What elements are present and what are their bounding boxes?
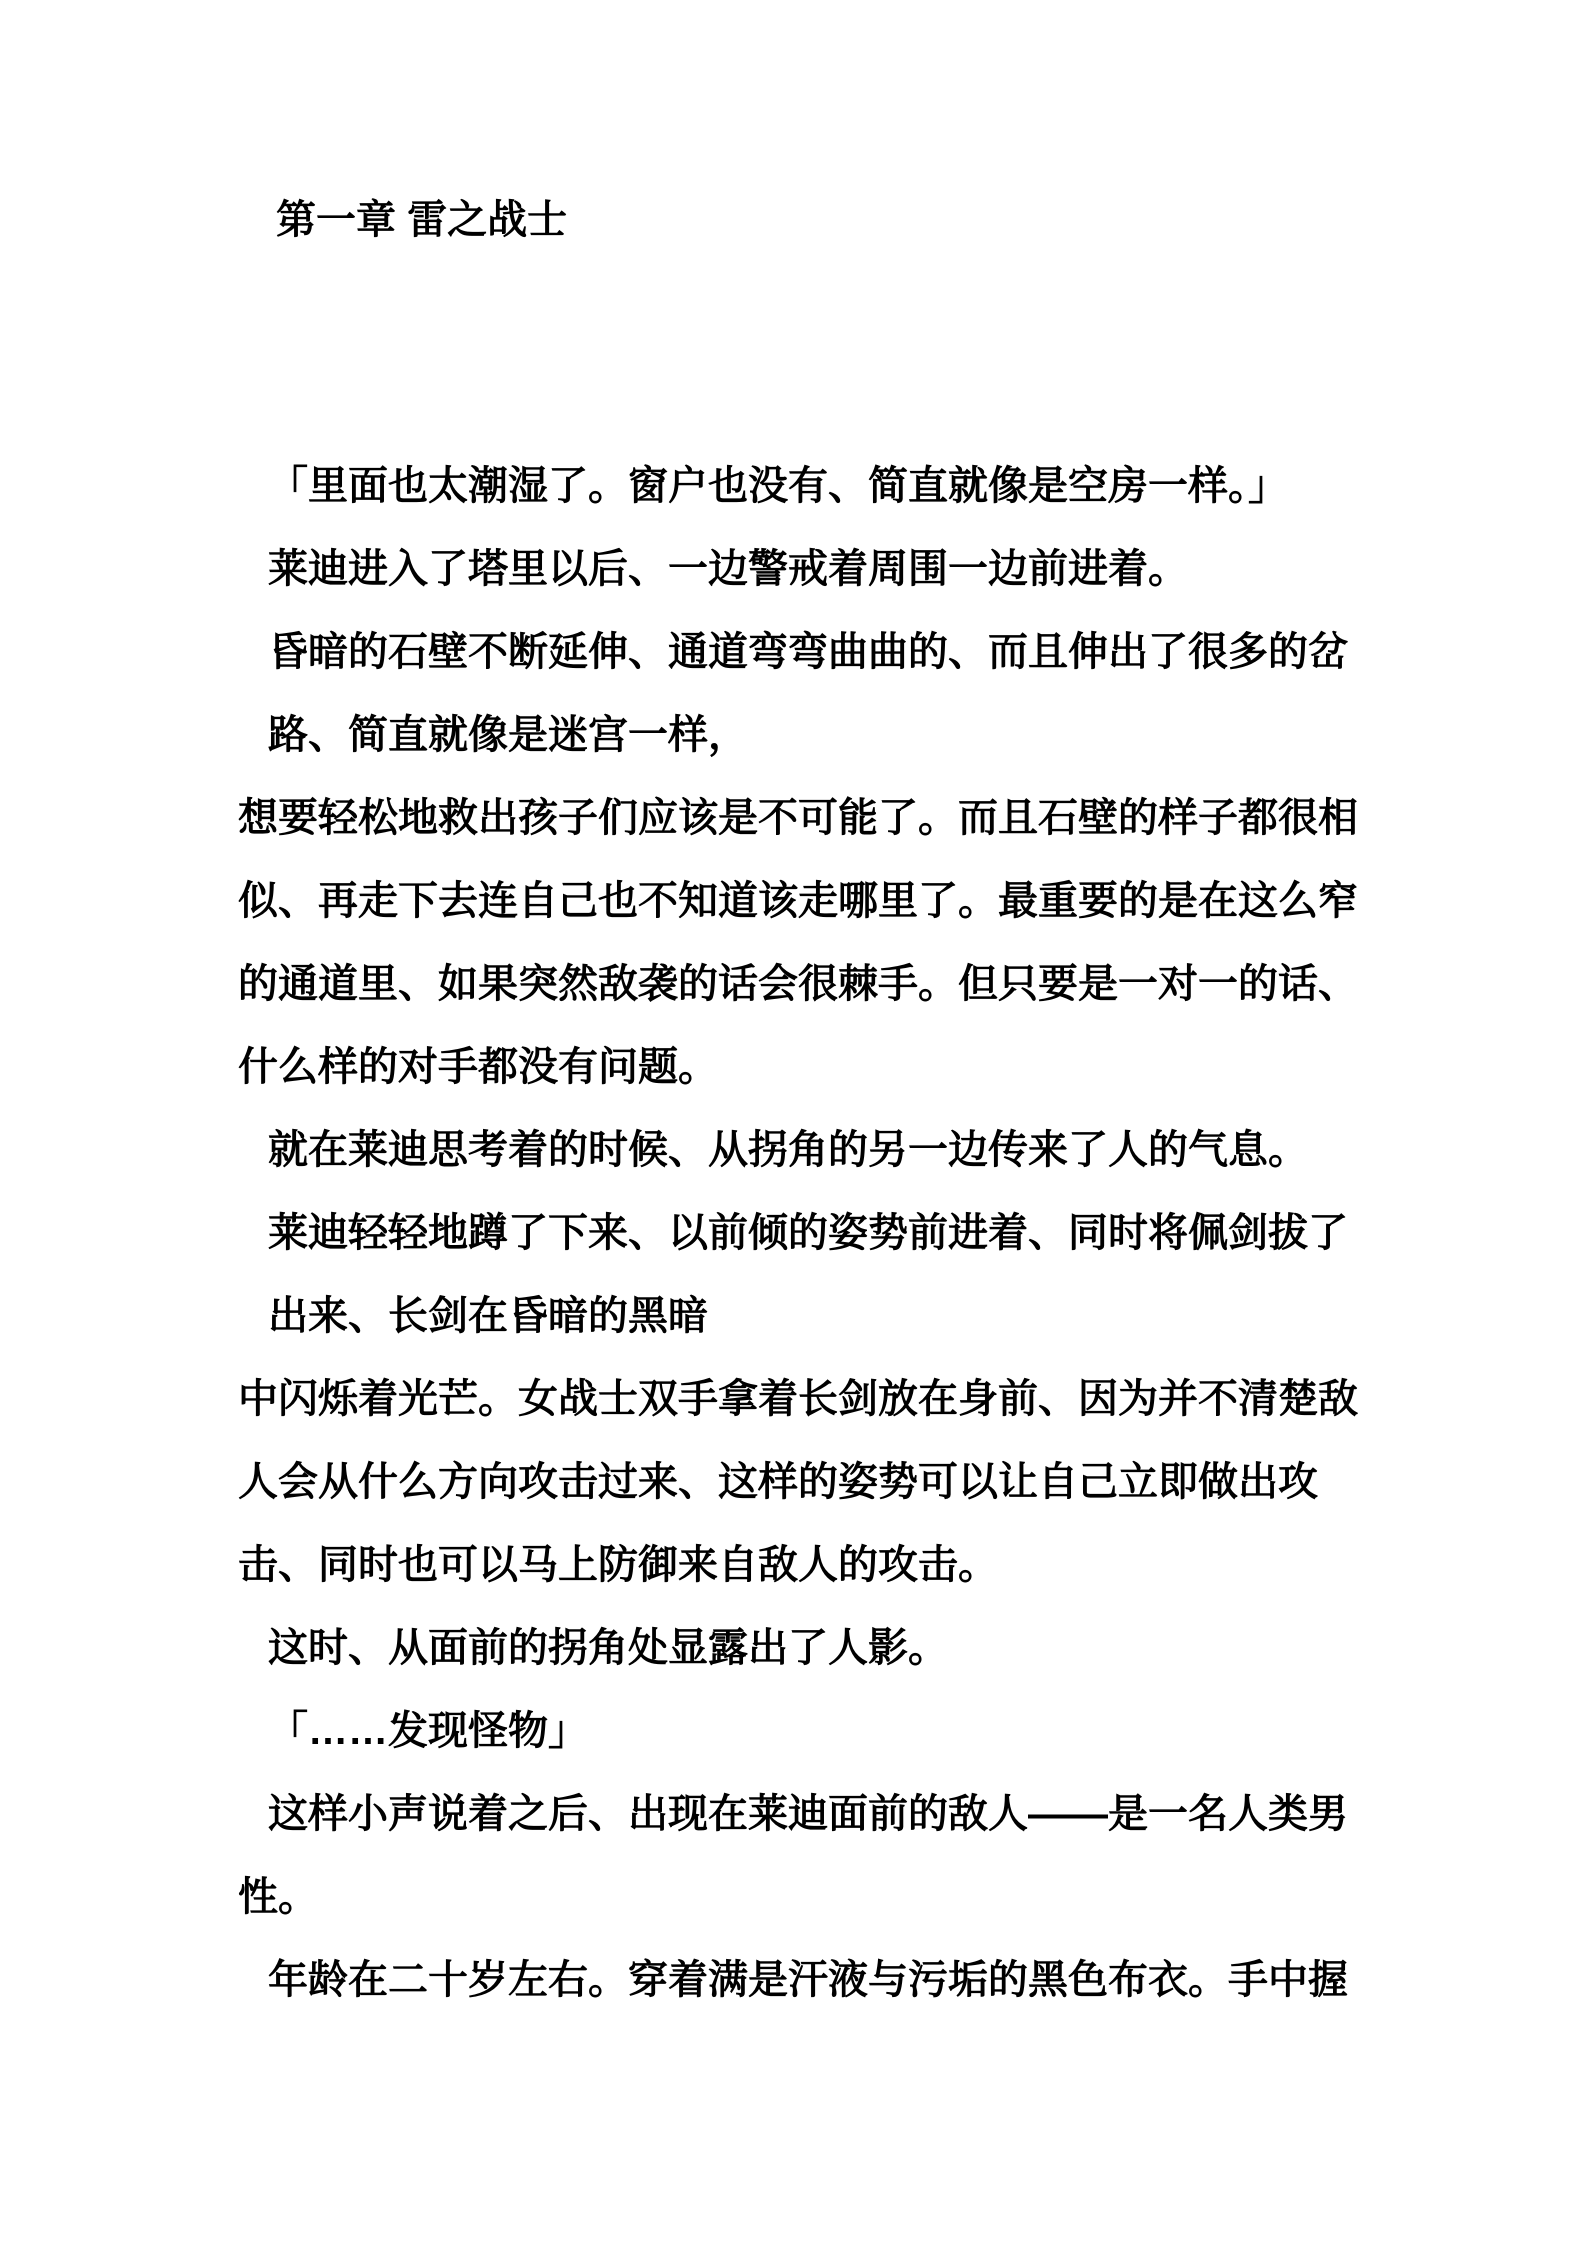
text-line: 莱迪轻轻地蹲了下来、以前倾的姿势前进着、同时将佩剑拔了: [238, 1192, 1478, 1275]
text-line: 击、同时也可以马上防御来自敌人的攻击。: [238, 1524, 1478, 1607]
text-line: 似、再走下去连自己也不知道该走哪里了。最重要的是在这么窄: [238, 860, 1478, 943]
text-line: 人会从什么方向攻击过来、这样的姿势可以让自己立即做出攻: [238, 1441, 1478, 1524]
text-line: 「……发现怪物」: [238, 1690, 1478, 1773]
text-line: 路、简直就像是迷宫一样，: [238, 694, 1478, 777]
text-line: 性。: [238, 1856, 1478, 1939]
chapter-title: 第一章 雷之战士: [276, 196, 567, 244]
text-line: 这时、从面前的拐角处显露出了人影。: [238, 1607, 1478, 1690]
text-line: 的通道里、如果突然敌袭的话会很棘手。但只要是一对一的话、: [238, 943, 1478, 1026]
text-line: 「里面也太潮湿了。窗户也没有、简直就像是空房一样。」: [238, 445, 1478, 528]
text-line: 出来、长剑在昏暗的黑暗: [238, 1275, 1478, 1358]
text-line: 这样小声说着之后、出现在莱迪面前的敌人——是一名人类男: [238, 1773, 1478, 1856]
text-line: 就在莱迪思考着的时候、从拐角的另一边传来了人的气息。: [238, 1109, 1478, 1192]
text-body: 「里面也太潮湿了。窗户也没有、简直就像是空房一样。」莱迪进入了塔里以后、一边警戒…: [238, 445, 1478, 2022]
text-line: 想要轻松地救出孩子们应该是不可能了。而且石壁的样子都很相: [238, 777, 1478, 860]
text-line: 昏暗的石壁不断延伸、通道弯弯曲曲的、而且伸出了很多的岔: [238, 611, 1478, 694]
text-line: 年龄在二十岁左右。穿着满是汗液与污垢的黑色布衣。手中握: [238, 1939, 1478, 2022]
text-line: 什么样的对手都没有问题。: [238, 1026, 1478, 1109]
text-line: 莱迪进入了塔里以后、一边警戒着周围一边前进着。: [238, 528, 1478, 611]
document-page: 第一章 雷之战士 「里面也太潮湿了。窗户也没有、简直就像是空房一样。」莱迪进入了…: [0, 0, 1587, 2245]
text-line: 中闪烁着光芒。女战士双手拿着长剑放在身前、因为并不清楚敌: [238, 1358, 1478, 1441]
